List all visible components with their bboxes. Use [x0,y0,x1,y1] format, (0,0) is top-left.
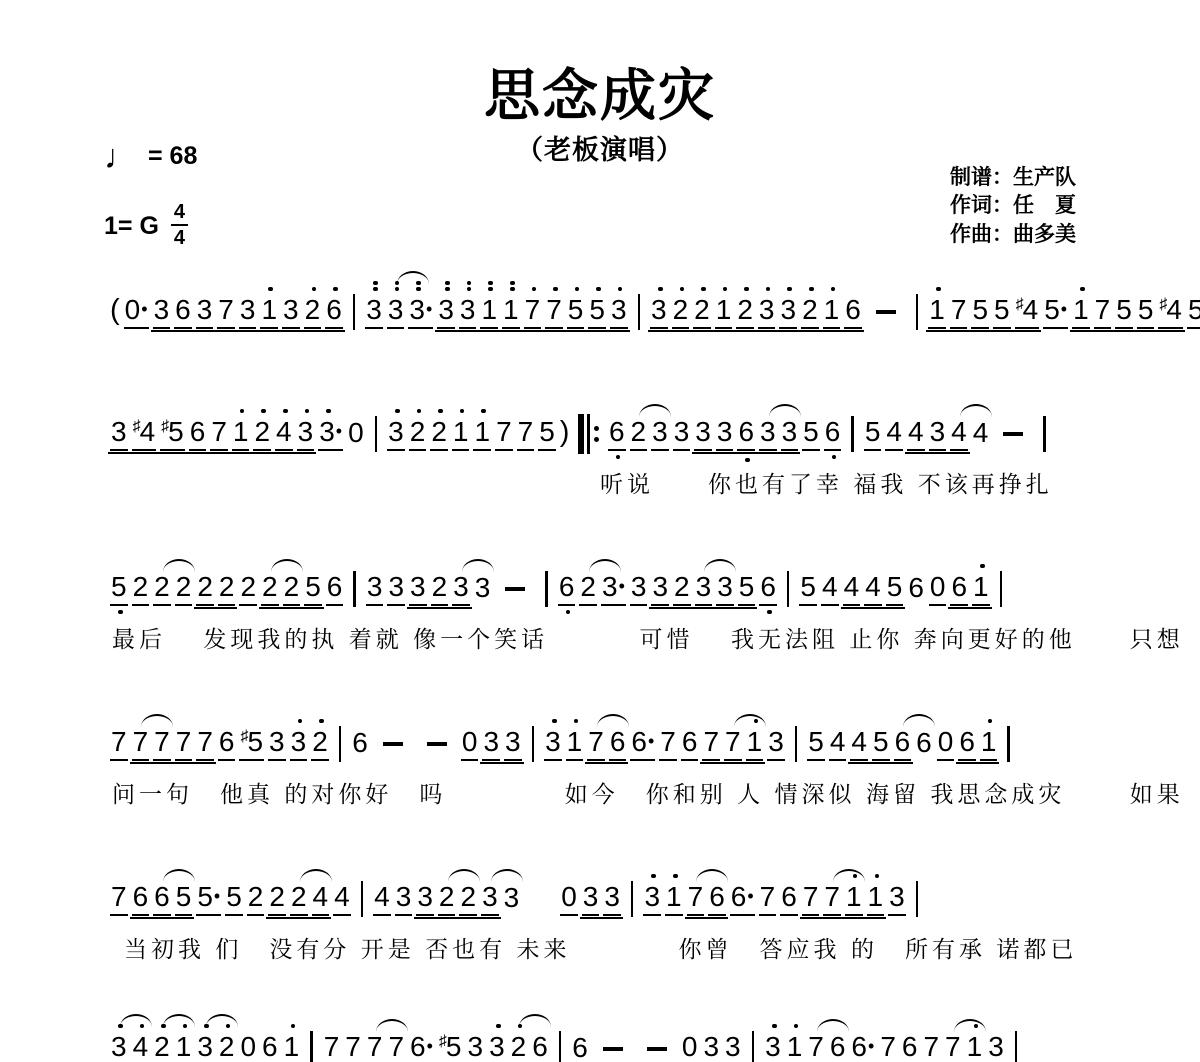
note: 5 [993,295,1011,329]
note: 5 [110,572,128,606]
note-digit: 3 [889,881,905,912]
note-digit: 3 [768,726,784,757]
note-digit: 3 [760,416,776,447]
note-digit: 5 [111,571,127,602]
note-digit: 7 [1095,294,1111,325]
octave-dot-above [575,287,580,292]
note-digit: 5 [972,294,988,325]
note: 3 [196,1032,214,1062]
barline [916,881,919,917]
note-digit: 6 [631,726,647,757]
note-digit: 4 [973,417,989,448]
lyrics-line-2: 听说 你也有了幸 福我 不该再挣扎 [600,466,1053,499]
note-digit: 2 [802,294,818,325]
note: 6 [824,417,842,451]
octave-dot-above [460,409,465,414]
note-digit: 4 [951,416,967,447]
note-digit: 7 [388,1031,404,1062]
note-digit: 3 [725,1031,741,1062]
note: 3 [387,295,405,329]
octave-dot-below [745,458,750,463]
note: 1 [845,882,863,916]
note-digit: 3 [475,572,491,603]
barline [353,294,356,330]
note: 2 [261,572,279,606]
octave-dot-above [283,409,288,414]
note: 3 [724,1032,742,1062]
note: 1 [232,417,250,451]
note-digit: 5 [1138,294,1154,325]
note: 3 [630,572,648,606]
augmentation-dot: • [648,731,654,751]
note: 2 [253,417,271,451]
note: 3 [781,417,799,451]
note: 2 [283,572,301,606]
barline [851,416,854,452]
note: 7 [724,727,742,761]
note-digit: 7 [496,416,512,447]
dash-sustain [603,1047,623,1051]
barline [631,881,634,917]
slur-arc [120,1014,152,1027]
note: 5 [971,295,989,329]
note: 7 [210,417,228,451]
note-digit: 7 [154,726,170,757]
note-digit: 2 [254,416,270,447]
note-digit: 6 [738,416,754,447]
note-digit: 2 [291,881,307,912]
note-digit: 5 [808,726,824,757]
note: 1 [260,295,278,329]
note: 3 [987,1032,1005,1062]
note-digit: 5 [226,881,242,912]
note: 1 [746,727,764,761]
note: 7 [323,1032,341,1062]
note: 5• [1187,295,1200,329]
note-digit: 1 [824,294,840,325]
note-digit: 2 [269,881,285,912]
note: 3 [452,572,470,606]
slur-arc [960,404,992,417]
note: 7 [217,295,235,329]
note-digit: 3 [111,1031,127,1062]
barline [545,571,548,607]
note: 2 [132,572,150,606]
note: 7 [517,417,535,451]
barline [787,571,790,607]
note: 5 [886,572,904,606]
note: 7 [110,727,128,761]
note-digit: 1 [474,416,490,447]
note: 1 [867,882,885,916]
note-digit: 7 [518,416,534,447]
time-signature: 44 [171,202,188,248]
note-digit: 5 [446,1031,462,1062]
note-digit: 6 [709,881,725,912]
slur-arc [519,1014,551,1027]
octave-dot-above [809,287,814,292]
note-digit: 5 [589,294,605,325]
note-digit: 5 [247,726,263,757]
note-digit: 3 [545,726,561,757]
note: 6 [609,727,627,761]
note-digit: 0 [561,881,577,912]
note: 7 [545,295,563,329]
note-digit: 3 [154,294,170,325]
octave-dot-above [510,281,515,286]
octave-dot-above [596,287,601,292]
barline [638,294,641,330]
notation-line-1: (0•363731326333•33117755332212332161755♯… [110,292,1200,332]
note: 6 [261,1032,279,1062]
dash-sustain [427,742,447,746]
lyrics-line-4: 问一句 他真 的对你好 吗 如今 你和别 人 情深似 海留 我思念成灾 如果 [112,776,1184,809]
note-digit: 3 [269,726,285,757]
note: 4 [132,1032,150,1062]
note-digit: 7 [945,1031,961,1062]
slur-arc [206,1014,238,1027]
octave-dot-above [417,409,422,414]
dash-sustain [876,310,896,314]
note-digit: 5 [873,726,889,757]
note-digit: 2 [439,881,455,912]
note-digit: 6 [262,1031,278,1062]
note-digit: 3 [696,571,712,602]
note-digit: 2 [694,294,710,325]
octave-dot-above [488,287,493,292]
augmentation-dot: • [619,576,625,596]
barline [361,881,364,917]
note: 7 [495,417,513,451]
note: 2 [672,295,690,329]
octave-dot-above [445,281,450,286]
note-digit: 1 [666,881,682,912]
notation-line-4: 777776♯5332603331766•767713544566061 [110,724,1016,764]
note-digit: 6 [951,571,967,602]
note: 2 [673,572,691,606]
octave-dot-above [395,287,400,292]
note-digit: 6 [851,1031,867,1062]
note-digit: 1 [503,294,519,325]
note: 1 [966,1032,984,1062]
note: 3 [716,417,734,451]
note-digit: 3 [631,571,647,602]
note: 6 [958,727,976,761]
note: 5 [872,727,890,761]
credits-block: 制谱：生产队 作词：任 夏 作曲：曲多美 [950,164,1076,249]
note: 6 [901,1032,919,1062]
note-digit: 4 [908,416,924,447]
note: 4 [950,417,968,451]
barline [375,416,378,452]
note-digit: 4 [886,416,902,447]
note-digit: 6 [154,881,170,912]
octave-dot-above [744,287,749,292]
note: 2 [579,572,597,606]
note-digit: 6 [825,416,841,447]
note-digit: 6 [959,726,975,757]
note-digit: 3 [504,882,520,913]
note: 4 [907,417,925,451]
note-digit: 2 [511,1031,527,1062]
note: 3 [504,727,522,761]
note: 0 [347,418,365,450]
note-digit: 6 [731,881,747,912]
note-digit: 0 [240,1031,256,1062]
octave-dot-above [438,409,443,414]
note: 5 [588,295,606,329]
note: 7 [1094,295,1112,329]
time-denominator: 4 [171,226,188,248]
note-digit: 4 [1166,294,1182,325]
note: 6 [351,728,369,760]
note-digit: 3 [388,294,404,325]
octave-dot-above [510,287,515,292]
note: 5 [864,417,882,451]
octave-dot-above [445,287,450,292]
note-digit: 3 [759,294,775,325]
note-digit: 1 [261,294,277,325]
note-digit: 6 [326,294,342,325]
note-digit: 2 [431,416,447,447]
note: 7 [879,1032,897,1062]
note-digit: 6 [175,294,191,325]
augmentation-dot: • [426,299,432,319]
note: 3 [610,295,628,329]
note-digit: 6 [908,572,924,603]
note-digit: 2 [674,571,690,602]
dash-sustain [647,1047,667,1051]
augmentation-dot: • [868,1036,874,1056]
note-digit: 4 [851,726,867,757]
octave-dot-above [226,1024,231,1029]
note-digit: 4 [822,571,838,602]
note: 2 [218,572,236,606]
augmentation-dot: • [427,1036,433,1056]
note-digit: 3 [695,416,711,447]
note: 4 [312,882,330,916]
note: 3 [268,727,286,761]
note-digit: 3 [765,1031,781,1062]
note-digit: 5 [994,294,1010,325]
note: 3 [582,882,600,916]
note: 3 [459,295,477,329]
octave-dot-above [488,281,493,286]
note-digit: 3 [602,571,618,602]
note: 4 [972,418,990,450]
notation-line-3: 52222222256333233623•3323356544456061 [110,569,1008,609]
octave-dot-below [118,610,123,615]
note: 2 [268,882,286,916]
note: 6 [907,573,925,605]
slur-arc [163,1014,195,1027]
note-digit: 3 [460,294,476,325]
note-digit: 6 [327,571,343,602]
note-digit: 1 [176,1031,192,1062]
octave-dot-above [831,287,836,292]
octave-dot-above [298,719,303,724]
barline [310,1031,313,1062]
note-digit: 2 [284,571,300,602]
note: 4 [821,572,839,606]
note-digit: 4 [140,416,156,447]
note-digit: 0 [348,417,364,448]
note: 6 [737,417,755,451]
augmentation-dot: • [1061,299,1067,319]
note: 4 [843,572,861,606]
note-digit: 6 [219,726,235,757]
note-digit: 3 [409,294,425,325]
note: 3 [474,573,492,605]
note: 3 [365,295,383,329]
note-digit: 6 [895,726,911,757]
note: 2 [431,572,449,606]
octave-dot-above [305,409,310,414]
note-digit: 3 [298,416,314,447]
octave-dot-above [766,287,771,292]
note: 3 [488,1032,506,1062]
note: 5 [1115,295,1133,329]
note-digit: 6 [760,571,776,602]
note: 2 [153,1032,171,1062]
note: 1 [1072,295,1090,329]
note-digit: 7 [345,1031,361,1062]
note: 1 [502,295,520,329]
note: 5 [567,295,585,329]
note-digit: 6 [830,1031,846,1062]
note-digit: 6 [410,1031,426,1062]
note: 2 [693,295,711,329]
octave-dot-above [772,1024,777,1029]
note: 6 [325,295,343,329]
note-digit: 3 [505,726,521,757]
note-digit: 3 [283,294,299,325]
note-digit: 3 [453,571,469,602]
note: 5• [196,882,221,916]
octave-dot-above [467,281,472,286]
note-digit: 7 [324,1031,340,1062]
note: 3 [651,572,669,606]
note: 3 [297,417,315,451]
note-digit: 5 [168,416,184,447]
time-numerator: 4 [171,202,188,226]
note-digit: 7 [546,294,562,325]
note: 1 [480,295,498,329]
note: 2 [430,417,448,451]
note: 3 [650,295,668,329]
note: 2 [438,882,456,916]
note: 3 [695,572,713,606]
note: 4 [829,727,847,761]
octave-dot-above [618,287,623,292]
note: 7 [153,727,171,761]
octave-dot-above [373,281,378,286]
augmentation-dot: • [747,886,753,906]
octave-dot-above [532,287,537,292]
note: 3 [716,572,734,606]
note-digit: 4 [830,726,846,757]
note: 3 [110,417,128,451]
note-digit: 1 [967,1031,983,1062]
note: 4 [885,417,903,451]
note-digit: 1 [567,726,583,757]
note: 0 [681,1032,699,1062]
note: 1 [473,417,491,451]
note-digit: 1 [787,1031,803,1062]
note: 7 [344,1032,362,1062]
barline [916,294,919,330]
augmentation-dot: • [141,299,147,319]
note: 3 [196,295,214,329]
note-digit: 4 [313,881,329,912]
barline [795,726,798,762]
octave-dot-above [723,287,728,292]
note-digit: 6 [572,1032,588,1062]
barline [1015,1031,1018,1062]
barline [752,1031,755,1062]
note-digit: 7 [525,294,541,325]
octave-dot-below [616,455,621,460]
dash-sustain [505,587,525,591]
note-digit: 3 [780,294,796,325]
note: 2 [304,295,322,329]
note-digit: 6 [781,881,797,912]
note-digit: 1 [929,294,945,325]
note-digit: 1 [284,1031,300,1062]
octave-dot-below [767,610,772,615]
key-text: 1= G [104,212,159,240]
note-digit: 2 [154,1031,170,1062]
note: ♯4 [132,417,157,451]
note: 0 [461,727,479,761]
octave-dot-above [673,874,678,879]
note-digit: 7 [197,726,213,757]
open-paren: ( [110,294,120,331]
note-digit: 3 [410,571,426,602]
note: 3 [603,882,621,916]
note: 1 [786,1032,804,1062]
repeat-start-barline [578,414,599,454]
note-digit: 3 [483,726,499,757]
note: 1 [715,295,733,329]
note: 6 [189,417,207,451]
note-digit: 3 [988,1031,1004,1062]
octave-dot-above [240,409,245,414]
note-digit: 3 [438,294,454,325]
dash-sustain [1003,432,1023,436]
note-digit: 7 [367,1031,383,1062]
note-digit: 7 [880,1031,896,1062]
note: 6 [608,417,626,451]
note-digit: 1 [1073,294,1089,325]
note-digit: 2 [737,294,753,325]
octave-dot-above [794,1024,799,1029]
note: 2 [736,295,754,329]
note-digit: 7 [803,881,819,912]
note: 7 [196,727,214,761]
octave-dot-above [467,287,472,292]
note: 1 [175,1032,193,1062]
note-digit: 3 [489,1031,505,1062]
note-digit: 1 [868,881,884,912]
note: 7 [807,1032,825,1062]
lyrics-line-5: 当初我 们 没有分 开是 否也有 未来 你曾 答应我 的 所有承 诺都已 [124,931,1077,964]
note: 1 [980,727,998,761]
note: 2 [290,882,308,916]
note: 1 [665,882,683,916]
octave-dot-above [373,287,378,292]
note: 7 [702,727,720,761]
